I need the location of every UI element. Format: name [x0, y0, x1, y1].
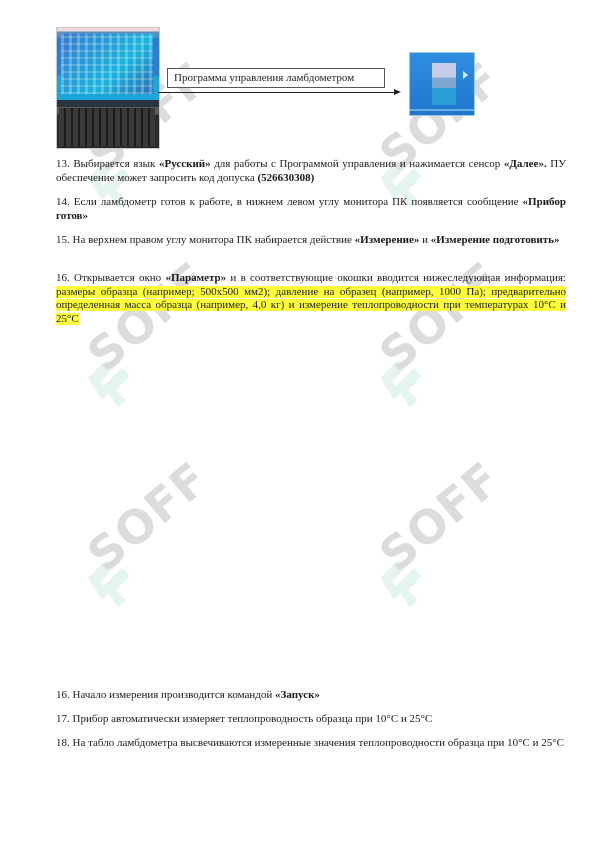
- step-number: 17.: [56, 713, 70, 725]
- step-13: 13. Выбирается язык «Русский» для работы…: [56, 158, 566, 185]
- bold-term: «Русский»: [159, 158, 211, 170]
- step-text: На табло ламбдометра высвечиваются измер…: [70, 737, 564, 749]
- arrow-right-icon: [394, 89, 401, 95]
- step-16-start: 16. Начало измерения производится команд…: [56, 689, 566, 703]
- lambdameter-app-icon: [409, 52, 475, 116]
- step-number: 14.: [56, 196, 70, 208]
- bold-term: «Запуск»: [275, 689, 320, 701]
- step-18: 18. На табло ламбдометра высвечиваются и…: [56, 737, 566, 751]
- watermark: SOFF: [372, 500, 542, 610]
- step-text: и в соответствующие окошки вводится ниже…: [226, 272, 566, 284]
- callout-label: Программа управления ламбдометром: [167, 68, 385, 88]
- watermark: SOFF: [80, 500, 250, 610]
- soff-logo-icon: [80, 540, 140, 610]
- watermark: SOFF: [372, 100, 542, 210]
- step-text: Выбирается язык: [70, 158, 159, 170]
- bold-term: «Далее».: [504, 158, 547, 170]
- step-number: 16.: [56, 689, 70, 701]
- step-text: Если ламбдометр готов к работе, в нижнем…: [70, 196, 523, 208]
- watermark-text: SOFF: [369, 451, 510, 582]
- step-number: 18.: [56, 737, 70, 749]
- step-text: для работы с Программой управления и наж…: [211, 158, 504, 170]
- step-number: 13.: [56, 158, 70, 170]
- bold-term: «Измерение»: [355, 234, 420, 246]
- soff-logo-icon: [372, 540, 432, 610]
- step-14: 14. Если ламбдометр готов к работе, в ни…: [56, 196, 566, 223]
- soff-logo-icon: [80, 340, 140, 410]
- app-icon-bar: [410, 109, 474, 111]
- step-text: и: [419, 234, 430, 246]
- highlighted-text: размеры образца (например; 500х500 мм2);…: [56, 286, 566, 325]
- watermark-text: SOFF: [77, 451, 218, 582]
- bold-term: «Измерение подготовить»: [431, 234, 560, 246]
- step-text: Открывается окно: [70, 272, 166, 284]
- app-icon-graphic: [432, 63, 456, 105]
- step-17: 17. Прибор автоматически измеряет теплоп…: [56, 713, 566, 727]
- play-icon: [463, 71, 468, 79]
- bold-term: «Параметр»: [165, 272, 226, 284]
- keyboard: [59, 108, 155, 146]
- computer-monitor-photo: [56, 27, 160, 149]
- step-text: На верхнем правом углу монитора ПК набир…: [70, 234, 355, 246]
- arrow-line: [158, 92, 395, 93]
- bold-term: (526630308): [257, 172, 314, 184]
- step-text: Начало измерения производится командой: [70, 689, 275, 701]
- monitor-screen: [61, 34, 153, 94]
- step-16-parameters: 16. Открывается окно «Параметр» и в соот…: [56, 272, 566, 326]
- step-15: 15. На верхнем правом углу монитора ПК н…: [56, 234, 566, 248]
- soff-logo-icon: [372, 340, 432, 410]
- step-text: Прибор автоматически измеряет теплопрово…: [70, 713, 433, 725]
- step-number: 16.: [56, 272, 70, 284]
- step-number: 15.: [56, 234, 70, 246]
